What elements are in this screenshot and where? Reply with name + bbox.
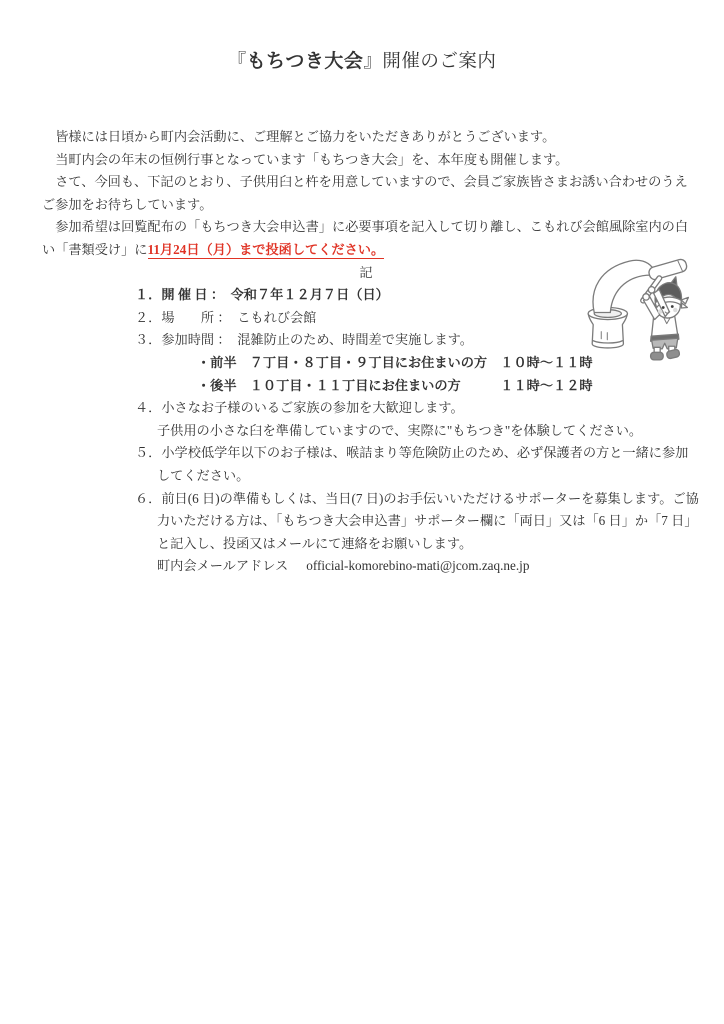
deadline-text: 11月24日（月）まで投函してください。 xyxy=(148,242,385,259)
title-suffix: 』開催のご案内 xyxy=(363,52,496,72)
page-title: 『もちつき大会』開催のご案内 xyxy=(0,46,724,73)
intro-line-2: 当町内会の年末の恒例行事となっています「もちつき大会」を、本年度も開催します。 xyxy=(42,149,690,172)
detail-item5-line2: してください。 xyxy=(135,465,690,488)
email-label: 町内会メールアドレス xyxy=(157,558,288,573)
intro-line-4: ご参加をお待ちしています。 xyxy=(42,194,690,217)
character-hand-upper xyxy=(648,287,654,293)
intro-line-3: さて、今回も、下記のとおり、子供用臼と杵を用意していますので、会員ご家族皆さまお… xyxy=(42,171,690,194)
title-event-name: もちつき大会 xyxy=(247,51,364,72)
email-line: 町内会メールアドレスofficial-komorebino-mati@jcom.… xyxy=(135,555,690,578)
character-hand-lower xyxy=(643,294,649,300)
detail-item4-line1: ４．小さなお子様のいるご家族の参加を大歓迎します。 xyxy=(135,397,690,420)
title-bracket-open: 『 xyxy=(228,52,247,72)
mochi-pounding-illustration xyxy=(567,249,703,368)
deadline-prefix: い「書類受け」に xyxy=(42,242,148,257)
intro-line-1: 皆様には日頃から町内会活動に、ご理解とご協力をいただきありがとうございます。 xyxy=(42,126,690,149)
detail-item5-line1: ５．小学校低学年以下のお子様は、喉詰まり等危険防止のため、必ず保護者の方と一緒に… xyxy=(135,442,690,465)
intro-line-5: 参加希望は回覧配布の「もちつき大会申込書」に必要事項を記入して切り離し、こもれび… xyxy=(42,216,690,239)
detail-item6-line1: ６．前日(6 日)の準備もしくは、当日(7 日)のお手伝いいただけるサポーターを… xyxy=(135,488,690,511)
email-address: official-komorebino-mati@jcom.zaq.ne.jp xyxy=(306,558,529,573)
detail-item6-line3: と記入し、投函又はメールにて連絡をお願いします。 xyxy=(135,533,690,556)
mallet-head xyxy=(648,258,688,281)
detail-item6-line2: 力いただける方は、「もちつき大会申込書」サポーター欄に「両日」又は「6 日」か「… xyxy=(135,510,690,533)
character-boot-left xyxy=(651,352,664,360)
detail-item4-line2: 子供用の小さな臼を準備していますので、実際に"もちつき"を体験してください。 xyxy=(135,420,690,443)
document-page: 『もちつき大会』開催のご案内 皆様には日頃から町内会活動に、ご理解とご協力をいた… xyxy=(0,0,724,1024)
detail-time-second-half: ・後半 １０丁目・１１丁目にお住まいの方 １１時～１２時 xyxy=(135,375,690,398)
